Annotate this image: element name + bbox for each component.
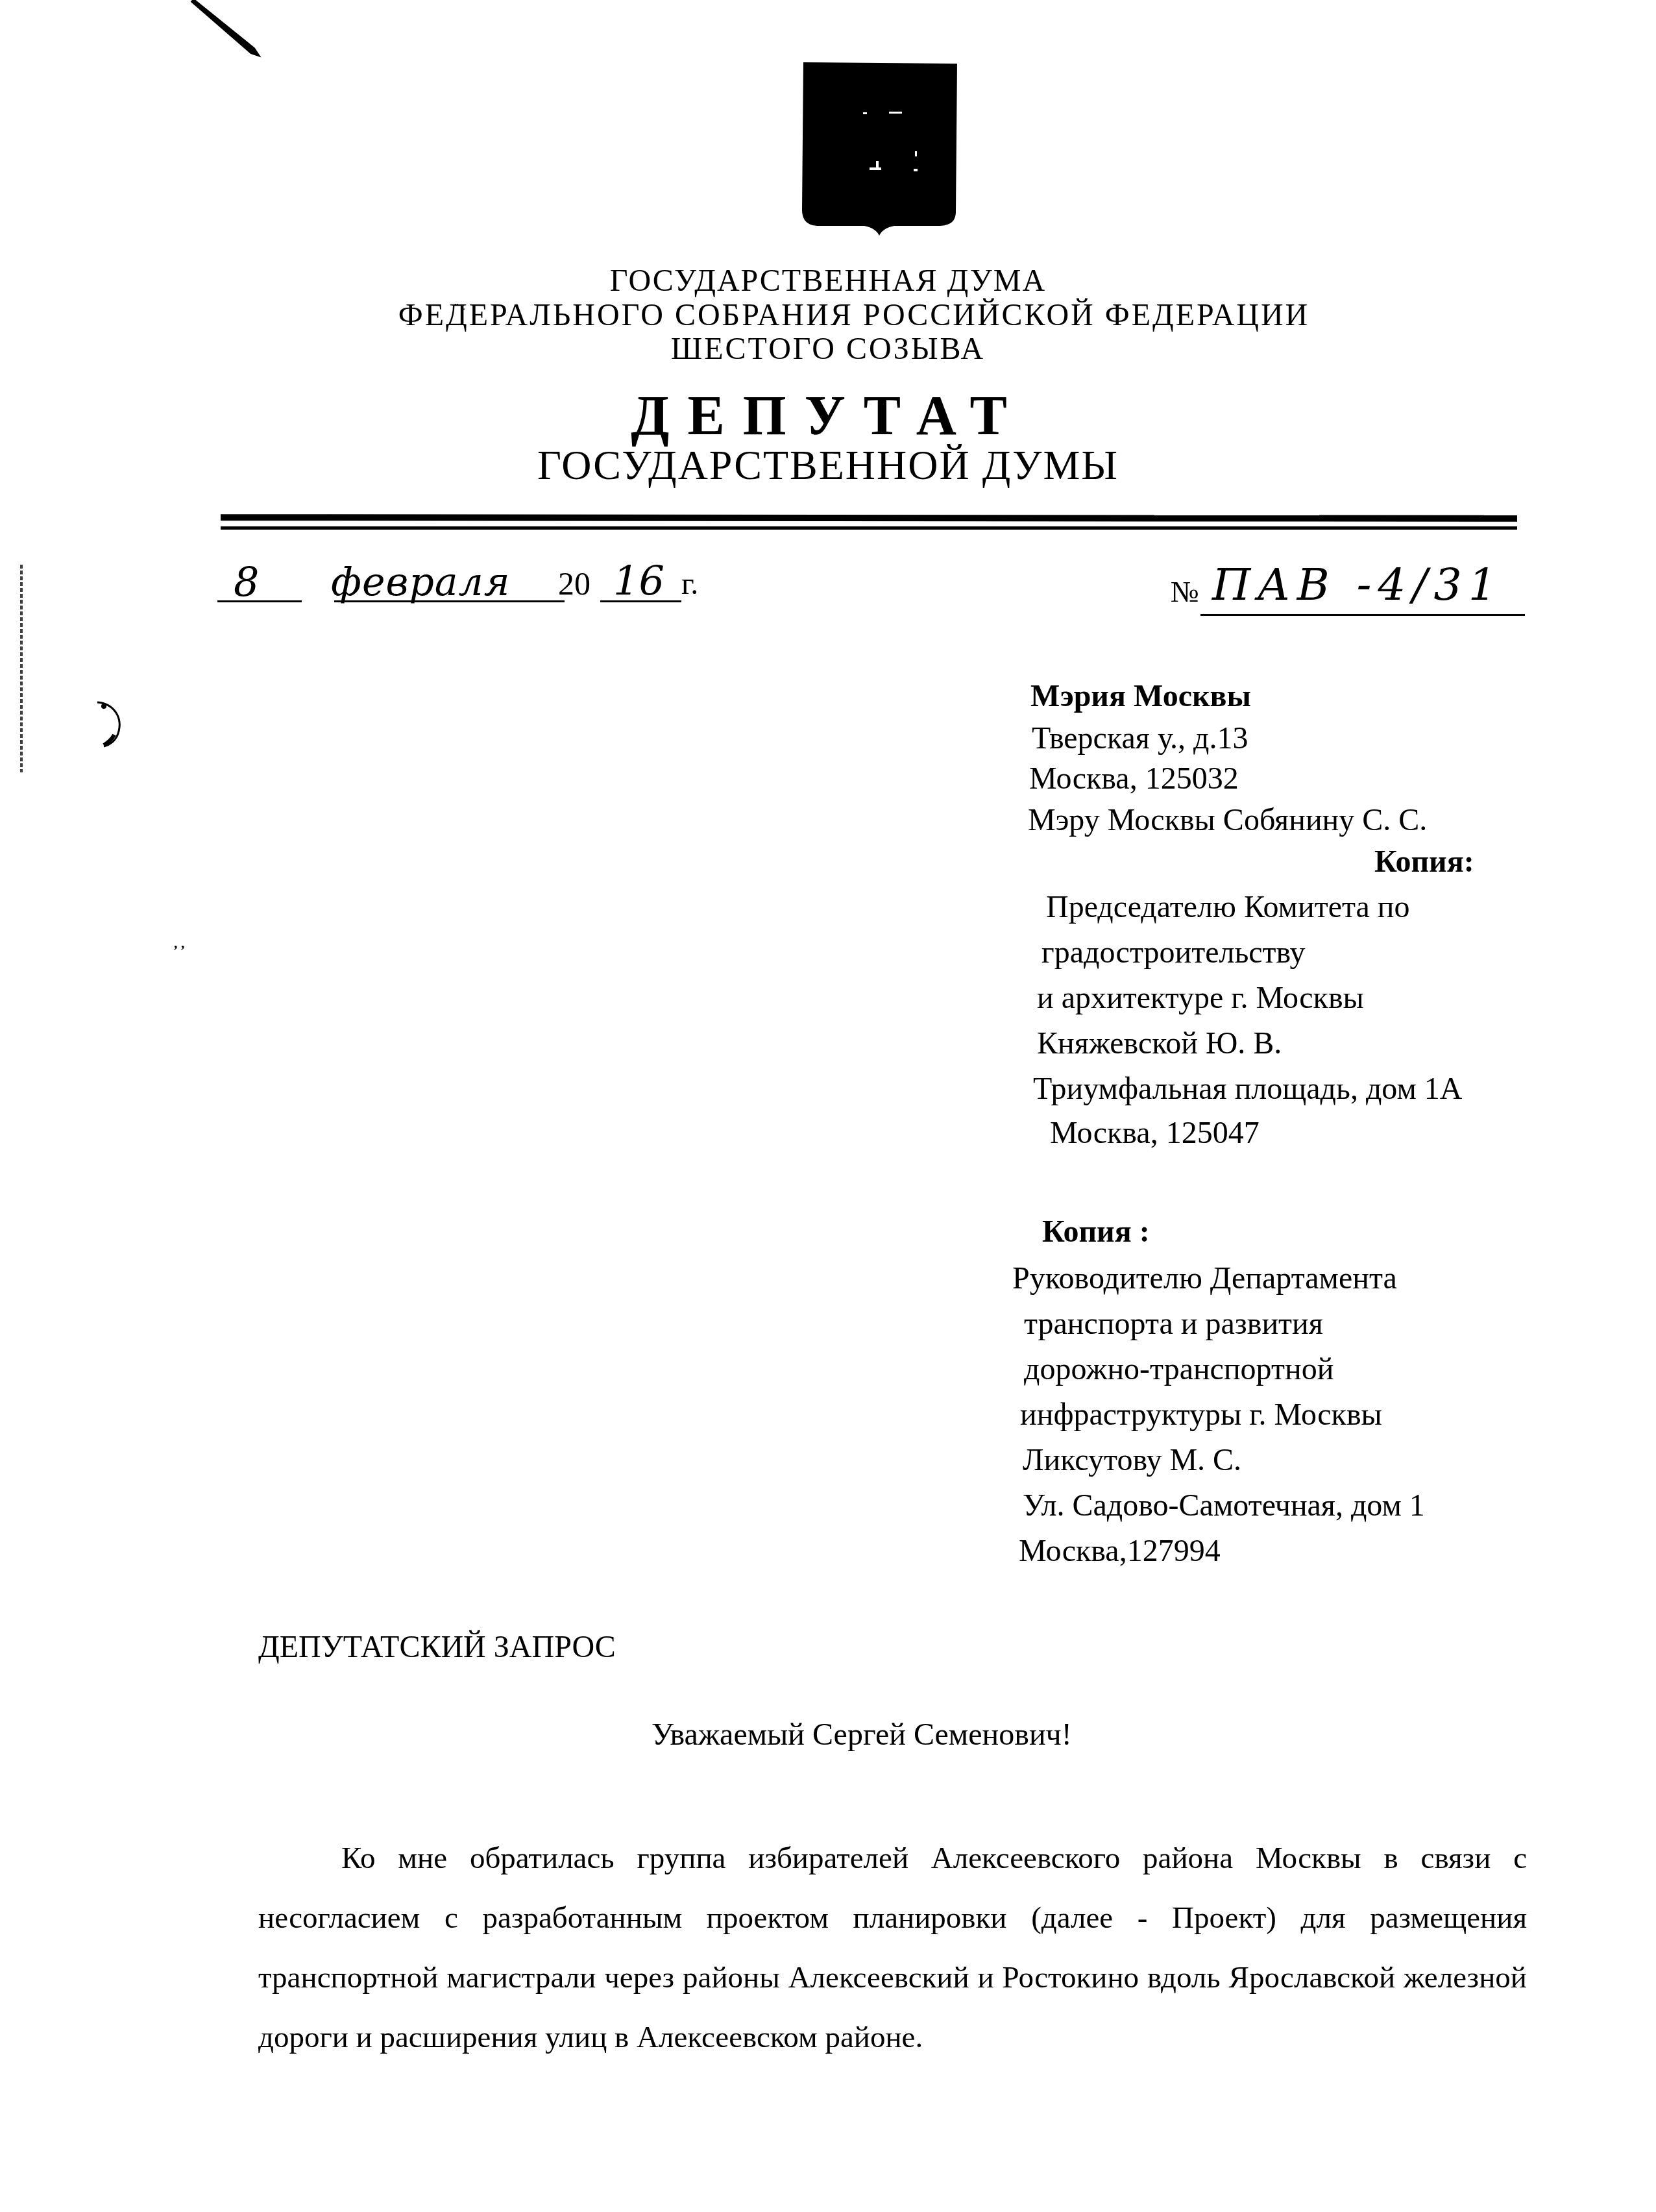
pen-stroke-mark bbox=[188, 0, 266, 58]
deputy-subtitle: ГОСУДАРСТВЕННОЙ ДУМЫ bbox=[0, 441, 1656, 489]
copy-line: градостроительству bbox=[1041, 935, 1306, 970]
date-year-underline bbox=[600, 600, 681, 602]
date-day: 8 bbox=[234, 558, 259, 606]
copy-line: дорожно-транспортной bbox=[1024, 1351, 1333, 1387]
copy-line: Москва,127994 bbox=[1019, 1533, 1221, 1569]
addressee-recipient: Мэру Москвы Собянину С. С. bbox=[1028, 802, 1427, 838]
org-name-line1: ГОСУДАРСТВЕННАЯ ДУМА bbox=[0, 263, 1656, 299]
date-year-suffix: 16 bbox=[613, 557, 664, 604]
copy-line: Княжевской Ю. В. bbox=[1037, 1026, 1282, 1061]
scan-edge-mark bbox=[20, 565, 23, 772]
request-type-heading: ДЕПУТАТСКИЙ ЗАПРОС bbox=[258, 1629, 616, 1665]
deputy-title: ДЕПУТАТ bbox=[0, 383, 1656, 448]
coat-of-arms-icon bbox=[798, 57, 960, 236]
hole-punch-mark bbox=[78, 694, 130, 753]
copy-line: Председателю Комитета по bbox=[1046, 889, 1410, 925]
copy-label: Копия : bbox=[1042, 1214, 1150, 1249]
reference-underline bbox=[1200, 614, 1525, 616]
copy-label: Копия: bbox=[1374, 844, 1474, 879]
header-rule-thin bbox=[221, 526, 1517, 530]
copy-line: Триумфальная площадь, дом 1А bbox=[1033, 1071, 1462, 1107]
reference-value: ПАВ -4/31 bbox=[1212, 559, 1503, 611]
copy-line: инфраструктуры г. Москвы bbox=[1020, 1397, 1382, 1432]
copy-line: Руководителю Департамента bbox=[1012, 1260, 1397, 1296]
salutation: Уважаемый Сергей Семенович! bbox=[651, 1717, 1072, 1752]
scan-speck: , , bbox=[174, 935, 185, 952]
copy-line: транспорта и развития bbox=[1024, 1306, 1323, 1342]
org-name-line2: ФЕДЕРАЛЬНОГО СОБРАНИЯ РОССИЙСКОЙ ФЕДЕРАЦ… bbox=[26, 297, 1656, 333]
copy-line: Москва, 125047 bbox=[1050, 1115, 1260, 1151]
copy-line: Ул. Садово-Самотечная, дом 1 bbox=[1023, 1488, 1425, 1523]
addressee-org: Мэрия Москвы bbox=[1030, 678, 1251, 714]
copy-line: и архитектуре г. Москвы bbox=[1037, 980, 1364, 1016]
body-paragraph: Ко мне обратилась группа избирателей Але… bbox=[258, 1828, 1527, 2067]
addressee-city: Москва, 125032 bbox=[1029, 761, 1239, 796]
header-rule-thick bbox=[221, 514, 1517, 522]
date-year-prefix: 20 bbox=[558, 565, 591, 602]
date-month: февраля bbox=[331, 559, 511, 605]
date-year-abbr: г. bbox=[681, 566, 698, 602]
number-sign: № bbox=[1171, 574, 1199, 609]
date-day-underline bbox=[217, 600, 302, 602]
org-convocation: ШЕСТОГО СОЗЫВА bbox=[0, 331, 1656, 367]
date-month-underline bbox=[334, 600, 565, 602]
addressee-street: Тверская у., д.13 bbox=[1032, 720, 1248, 756]
copy-line: Ликсутову М. С. bbox=[1023, 1442, 1241, 1478]
